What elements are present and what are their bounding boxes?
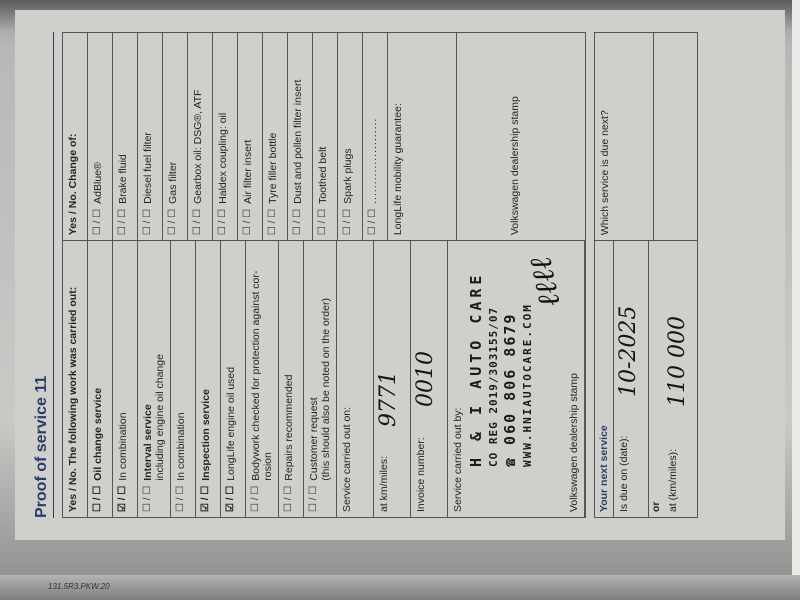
yes-no-checkbox[interactable]: ☐ / ☐ [142,209,153,235]
yes-no-checkbox[interactable]: ☐ / ☐ [292,209,303,235]
service-book-page: Proof of service 11 Yes / No. The follow… [15,10,785,540]
work-item-label: Customer request [308,397,320,480]
change-item[interactable]: ☐ / ☐Gearbox oil: DSG®, ATF [188,33,213,240]
next-service-header: Your next service [595,241,614,517]
change-of-header: Yes / No. Change of: [63,33,88,240]
change-item-label: Brake fluid [117,154,129,204]
work-item-label: In combination [175,412,187,480]
work-item[interactable]: ☐ / ☐ Interval service including engine … [138,241,171,517]
yes-no-checkbox[interactable]: ☐ / ☐ [242,209,253,235]
change-item-label: Spark plugs [342,148,354,203]
next-due-date-value[interactable]: 10-2025 [616,306,641,397]
work-item-label: In combination [117,412,129,480]
change-item[interactable]: ☐ / ☐Diesel fuel filter [138,33,163,240]
yes-no-checkbox[interactable]: ☐ / ☐ [342,209,353,235]
change-item-label: Tyre filler bottle [267,133,279,204]
next-due-km-field[interactable]: at (km/miles): 110 000 [663,241,697,517]
work-item[interactable]: ☑ / ☐ LongLife engine oil used [221,241,246,517]
work-item-label: Repairs recommended [283,375,295,481]
mileage-label: at km/miles: [378,456,390,512]
work-item[interactable]: ☐ / ☐ Oil change service [88,241,113,517]
stamp-phone: ☎ 060 806 8679 [502,272,519,467]
yes-no-checkbox[interactable]: ☐ / ☐ [267,209,278,235]
yes-no-checkbox[interactable]: ☐ / ☐ [142,486,153,512]
work-item-label: Interval service [142,404,154,480]
invoice-number-value[interactable]: 0010 [413,351,438,407]
mileage-value[interactable]: 9771 [376,371,401,427]
change-item[interactable]: ☐ / ☐Tyre filler bottle [263,33,288,240]
next-service-section: Your next service Is due on (date): 10-2… [594,32,698,518]
yes-no-checkbox[interactable]: ☐ / ☐ [117,209,128,235]
mileage-field[interactable]: at km/miles: 9771 [374,241,411,517]
which-service-label: Which service is due next? [599,110,611,235]
book-binding-strip [0,575,800,600]
work-item-sublabel: including engine oil change [154,354,166,481]
dealer-stamp-label: Volkswagen dealership stamp [568,373,580,512]
change-item[interactable]: ☐ / ☐Brake fluid [113,33,138,240]
change-of-column: Yes / No. Change of: ☐ / ☐AdBlue® ☐ / ☐B… [63,33,585,240]
page-right-edge [792,0,800,600]
work-carried-out-header: Yes / No. The following work was carried… [63,241,88,517]
change-item-label: Diesel fuel filter [142,132,154,204]
work-item[interactable]: ☑ / ☐ In combination [113,241,138,517]
change-item[interactable]: ☐ / ☐Air filter insert [238,33,263,240]
work-item-label: LongLife engine oil used [225,367,237,481]
change-item[interactable]: ☐ / ☐Dust and pollen filter insert [288,33,313,240]
work-item[interactable]: ☐ / ☐ Repairs recommended [279,241,304,517]
next-due-km-value[interactable]: 110 000 [665,316,690,407]
next-due-date-field[interactable]: Is due on (date): 10-2025 [614,241,649,517]
change-item-label: Air filter insert [242,140,254,204]
yes-no-checkbox[interactable]: ☑ / ☐ [117,486,128,512]
yes-no-checkbox[interactable]: ☐ / ☐ [367,209,378,235]
workshop-stamp: H & I AUTO CARE CO REG 2019/303155/07 ☎ … [468,272,536,467]
yes-no-checkbox[interactable]: ☐ / ☐ [283,486,294,512]
yes-no-checkbox[interactable]: ☐ / ☐ [317,209,328,235]
page-code: 131.5R3.PKW.20 [48,582,110,591]
invoice-number-field[interactable]: Invoice number: 0010 [411,241,448,517]
yes-no-checkbox[interactable]: ☐ / ☐ [175,486,186,512]
yes-no-checkbox[interactable]: ☐ / ☐ [92,486,103,512]
work-item[interactable]: ☐ / ☐ Customer request (this should also… [304,241,337,517]
which-service-field[interactable]: Which service is due next? [595,33,654,240]
change-item-label: AdBlue® [92,162,104,204]
page-title: Proof of service 11 [33,32,54,518]
service-by-label: Service carried out by: [452,408,464,512]
change-item[interactable]: ☐ / ☐AdBlue® [88,33,113,240]
next-service-left: Your next service Is due on (date): 10-2… [595,240,697,517]
change-item-label: Gearbox oil: DSG®, ATF [192,90,204,204]
change-item[interactable]: ☐ / ☐Gas filter [163,33,188,240]
work-item-sublabel: (this should also be noted on the order) [320,298,332,481]
next-due-date-label: Is due on (date): [618,436,630,512]
change-item[interactable]: ☐ / ☐Spark plugs [338,33,363,240]
change-item-label: Dust and pollen filter insert [292,80,304,204]
change-item-label: Gas filter [167,162,179,204]
next-service-right: Which service is due next? [595,33,697,240]
invoice-number-label: Invoice number: [415,437,427,512]
work-item-label: Inspection service [200,389,212,481]
work-item[interactable]: ☐ / ☐ In combination [171,241,196,517]
yes-no-checkbox[interactable]: ☐ / ☐ [217,209,228,235]
change-item-other[interactable]: ☐ / ☐...................... [363,33,388,240]
yes-no-checkbox[interactable]: ☐ / ☐ [167,209,178,235]
work-item[interactable]: ☑ / ☐ Inspection service [196,241,221,517]
service-by-stamp-area: Service carried out by: H & I AUTO CARE … [448,241,585,517]
service-table: Yes / No. The following work was carried… [62,32,586,518]
work-carried-out-column: Yes / No. The following work was carried… [63,240,585,517]
change-item[interactable]: ☐ / ☐Toothed belt [313,33,338,240]
service-date-field[interactable]: Service carried out on: [337,241,374,517]
work-item-label: Bodywork checked for protection against … [250,246,274,481]
yes-no-checkbox[interactable]: ☐ / ☐ [308,486,319,512]
dealer-stamp-label: Volkswagen dealership stamp [509,96,521,235]
yes-no-checkbox[interactable]: ☐ / ☐ [92,209,103,235]
change-item-label: Haldex coupling: oil [217,113,229,204]
change-item-label: Toothed belt [317,147,329,204]
work-item-label: Oil change service [92,388,104,481]
or-label: or [649,241,663,517]
longlife-guarantee-field[interactable]: LongLife mobility guarantee: [388,33,457,240]
yes-no-checkbox[interactable]: ☑ / ☐ [200,486,211,512]
stamp-company-reg: CO REG 2019/303155/07 [485,272,502,467]
other-item-blank[interactable]: ...................... [367,118,379,204]
change-item[interactable]: ☐ / ☐Haldex coupling: oil [213,33,238,240]
work-item[interactable]: ☐ / ☐ Bodywork checked for protection ag… [246,241,279,517]
yes-no-checkbox[interactable]: ☐ / ☐ [250,486,261,512]
next-due-km-label: at (km/miles): [667,449,679,512]
longlife-guarantee-label: LongLife mobility guarantee: [392,103,404,235]
service-date-label: Service carried out on: [341,407,353,512]
dealer-stamp-area-right: Volkswagen dealership stamp [457,33,525,240]
yes-no-checkbox[interactable]: ☑ / ☐ [225,486,236,512]
stamp-company-name: H & I AUTO CARE [468,272,485,467]
yes-no-checkbox[interactable]: ☐ / ☐ [192,209,203,235]
